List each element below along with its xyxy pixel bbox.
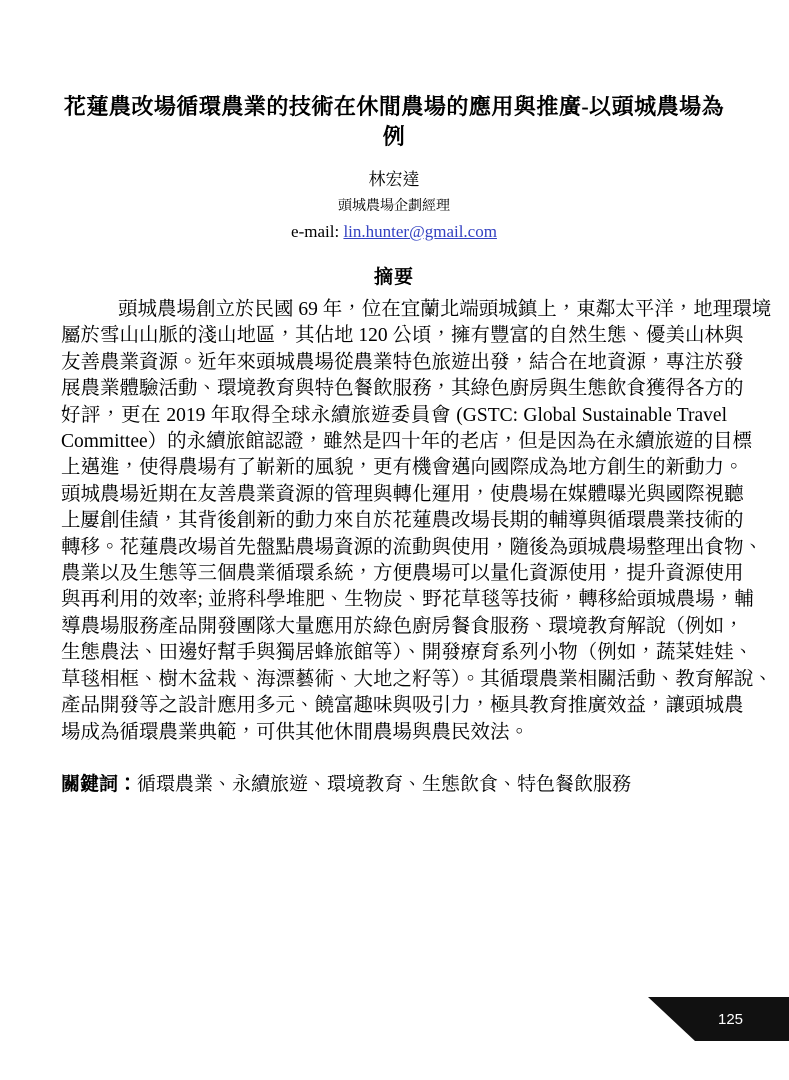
abstract-line: 上邁進，使得農場有了嶄新的風貌，更有機會邁向國際成為地方創生的新動力。 <box>61 455 727 481</box>
page-number: 125 <box>694 1011 743 1028</box>
page-content: 花蓮農改場循環農業的技術在休閒農場的應用與推廣-以頭城農場為例 林宏達 頭城農場… <box>61 0 727 795</box>
abstract-line: 導農場服務產品開發團隊大量應用於綠色廚房餐食服務、環境教育解說（例如， <box>61 614 727 640</box>
keywords-text: 循環農業、永續旅遊、環境教育、生態飲食、特色餐飲服務 <box>137 774 631 795</box>
abstract-line: 草毯相框、樹木盆栽、海漂藝術、大地之籽等）。其循環農業相關活動、教育解說、 <box>61 667 727 693</box>
author-name: 林宏達 <box>61 169 727 191</box>
abstract-line: 上屢創佳績，其背後創新的動力來自於花蓮農改場長期的輔導與循環農業技術的 <box>61 508 727 534</box>
email-line: e-mail: lin.hunter@gmail.com <box>61 221 727 243</box>
keywords-line: 關鍵詞：循環農業、永續旅遊、環境教育、生態飲食、特色餐飲服務 <box>61 775 727 795</box>
abstract-line: 屬於雪山山脈的淺山地區，其佔地 120 公頃，擁有豐富的自然生態、優美山林與 <box>61 323 727 349</box>
abstract-line: 展農業體驗活動、環境教育與特色餐飲服務，其綠色廚房與生態飲食獲得各方的 <box>61 376 727 402</box>
page-number-banner: 125 <box>648 997 789 1041</box>
abstract-line: 頭城農場創立於民國 69 年，位在宜蘭北端頭城鎮上，東鄰太平洋，地理環境 <box>61 297 727 323</box>
author-affiliation: 頭城農場企劃經理 <box>61 198 727 216</box>
paper-page: 花蓮農改場循環農業的技術在休閒農場的應用與推廣-以頭城農場為例 林宏達 頭城農場… <box>0 0 789 1080</box>
email-link[interactable]: lin.hunter@gmail.com <box>343 222 497 241</box>
paper-title: 花蓮農改場循環農業的技術在休閒農場的應用與推廣-以頭城農場為例 <box>61 92 727 152</box>
abstract-body: 頭城農場創立於民國 69 年，位在宜蘭北端頭城鎮上，東鄰太平洋，地理環境 屬於雪… <box>61 297 727 746</box>
abstract-line: 場成為循環農業典範，可供其他休閒農場與農民效法。 <box>61 720 727 746</box>
abstract-line: 生態農法、田邊好幫手與獨居蜂旅館等）、開發療育系列小物（例如，蔬菜娃娃、 <box>61 640 727 666</box>
abstract-line: 農業以及生態等三個農業循環系統，方便農場可以量化資源使用，提升資源使用 <box>61 561 727 587</box>
abstract-line: 友善農業資源。近年來頭城農場從農業特色旅遊出發，結合在地資源，專注於發 <box>61 350 727 376</box>
abstract-line: Committee）的永續旅館認證，雖然是四十年的老店，但是因為在永續旅遊的目標 <box>61 429 727 455</box>
abstract-line: 頭城農場近期在友善農業資源的管理與轉化運用，使農場在媒體曝光與國際視聽 <box>61 482 727 508</box>
abstract-line: 產品開發等之設計應用多元、饒富趣味與吸引力，極具教育推廣效益，讓頭城農 <box>61 693 727 719</box>
abstract-heading: 摘要 <box>61 266 727 290</box>
abstract-line: 好評，更在 2019 年取得全球永續旅遊委員會 (GSTC: Global Su… <box>61 403 727 429</box>
abstract-line: 與再利用的效率; 並將科學堆肥、生物炭、野花草毯等技術，轉移給頭城農場，輔 <box>61 587 727 613</box>
abstract-line: 轉移。花蓮農改場首先盤點農場資源的流動與使用，隨後為頭城農場整理出食物、 <box>61 535 727 561</box>
keywords-label: 關鍵詞： <box>61 774 137 795</box>
email-label: e-mail: <box>291 222 343 241</box>
